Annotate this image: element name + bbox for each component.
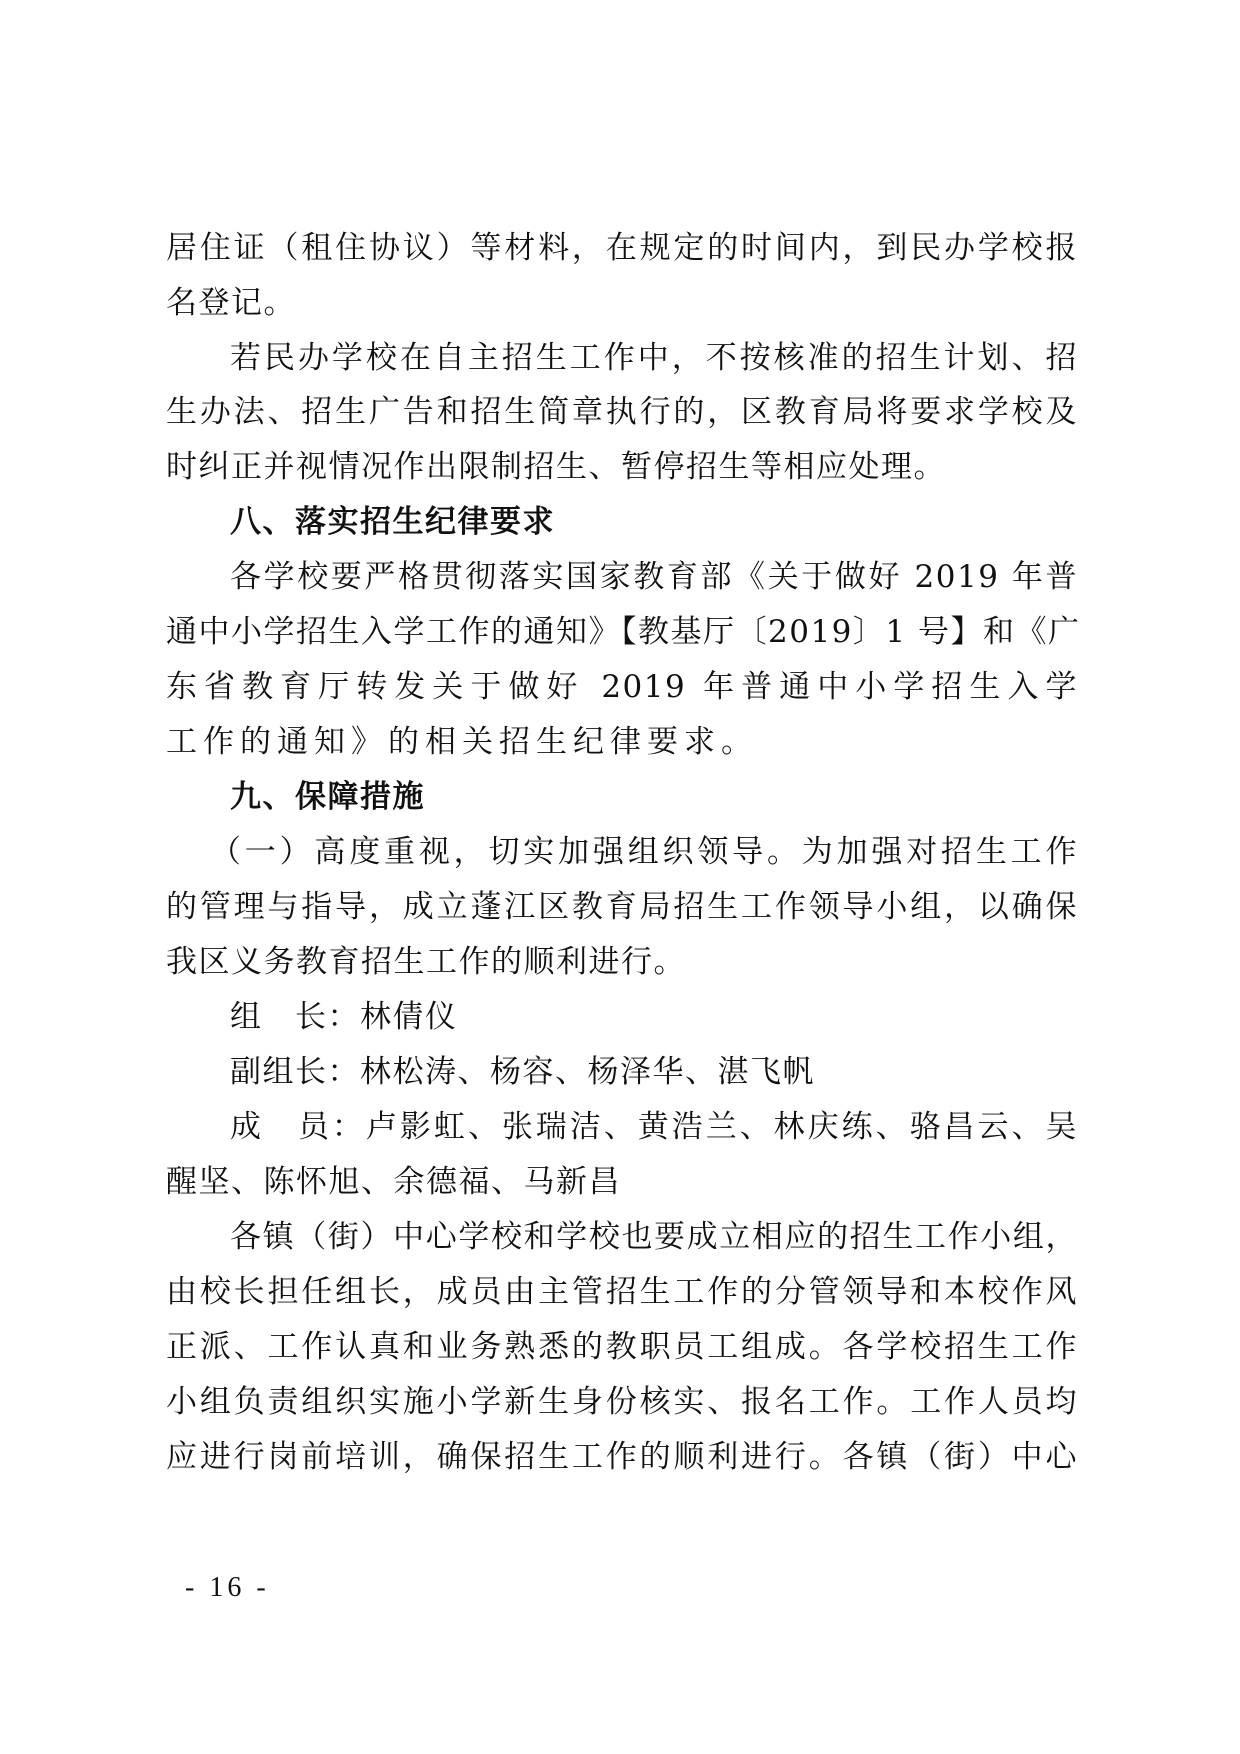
- paragraph-line: 正派、工作认真和业务熟悉的教职员工组成。各学校招生工作: [166, 1327, 1078, 1367]
- paragraph-line: 各学校要严格贯彻落实国家教育部《关于做好 2019 年普: [230, 557, 1078, 597]
- paragraph-line: 时纠正并视情况作出限制招生、暂停招生等相应处理。: [166, 447, 1078, 487]
- paragraph-line: 通中小学招生入学工作的通知》【教基厅〔2019〕1 号】和《广: [166, 612, 1078, 652]
- paragraph-line: 应进行岗前培训，确保招生工作的顺利进行。各镇（街）中心: [166, 1437, 1078, 1477]
- paragraph-line: 居住证（租住协议）等材料，在规定的时间内，到民办学校报: [166, 228, 1078, 268]
- paragraph-line: 工作的通知》的相关招生纪律要求。: [166, 722, 1078, 762]
- section-heading-9: 九、保障措施: [230, 777, 1078, 817]
- paragraph-line: 小组负责组织实施小学新生身份核实、报名工作。工作人员均: [166, 1382, 1078, 1422]
- paragraph-line: 的管理与指导，成立蓬江区教育局招生工作领导小组，以确保: [166, 887, 1078, 927]
- paragraph-line: 若民办学校在自主招生工作中，不按核准的招生计划、招: [230, 338, 1078, 378]
- members-line: 成 员：卢影虹、张瑞洁、黄浩兰、林庆练、骆昌云、吴: [230, 1107, 1078, 1147]
- paragraph-line: 由校长担任组长，成员由主管招生工作的分管领导和本校作风: [166, 1272, 1078, 1312]
- leader-line: 组 长：林倩仪: [230, 997, 1078, 1037]
- deputy-leader-line: 副组长：林松涛、杨容、杨泽华、湛飞帆: [230, 1052, 1078, 1092]
- section-heading-8: 八、落实招生纪律要求: [230, 502, 1078, 542]
- paragraph-line: 各镇（街）中心学校和学校也要成立相应的招生工作小组，: [230, 1217, 1078, 1257]
- paragraph-line: 东省教育厅转发关于做好 2019 年普通中小学招生入学: [166, 667, 1078, 707]
- paragraph-line: 生办法、招生广告和招生简章执行的，区教育局将要求学校及: [166, 392, 1078, 432]
- paragraph-line: 名登记。: [166, 283, 1078, 323]
- paragraph-line: （一）高度重视，切实加强组织领导。为加强对招生工作: [210, 832, 1078, 872]
- page-number: - 16 -: [185, 1570, 270, 1606]
- members-line: 醒坚、陈怀旭、余德福、马新昌: [166, 1162, 1078, 1202]
- paragraph-line: 我区义务教育招生工作的顺利进行。: [166, 942, 1078, 982]
- document-page: 居住证（租住协议）等材料，在规定的时间内，到民办学校报 名登记。 若民办学校在自…: [0, 0, 1240, 1754]
